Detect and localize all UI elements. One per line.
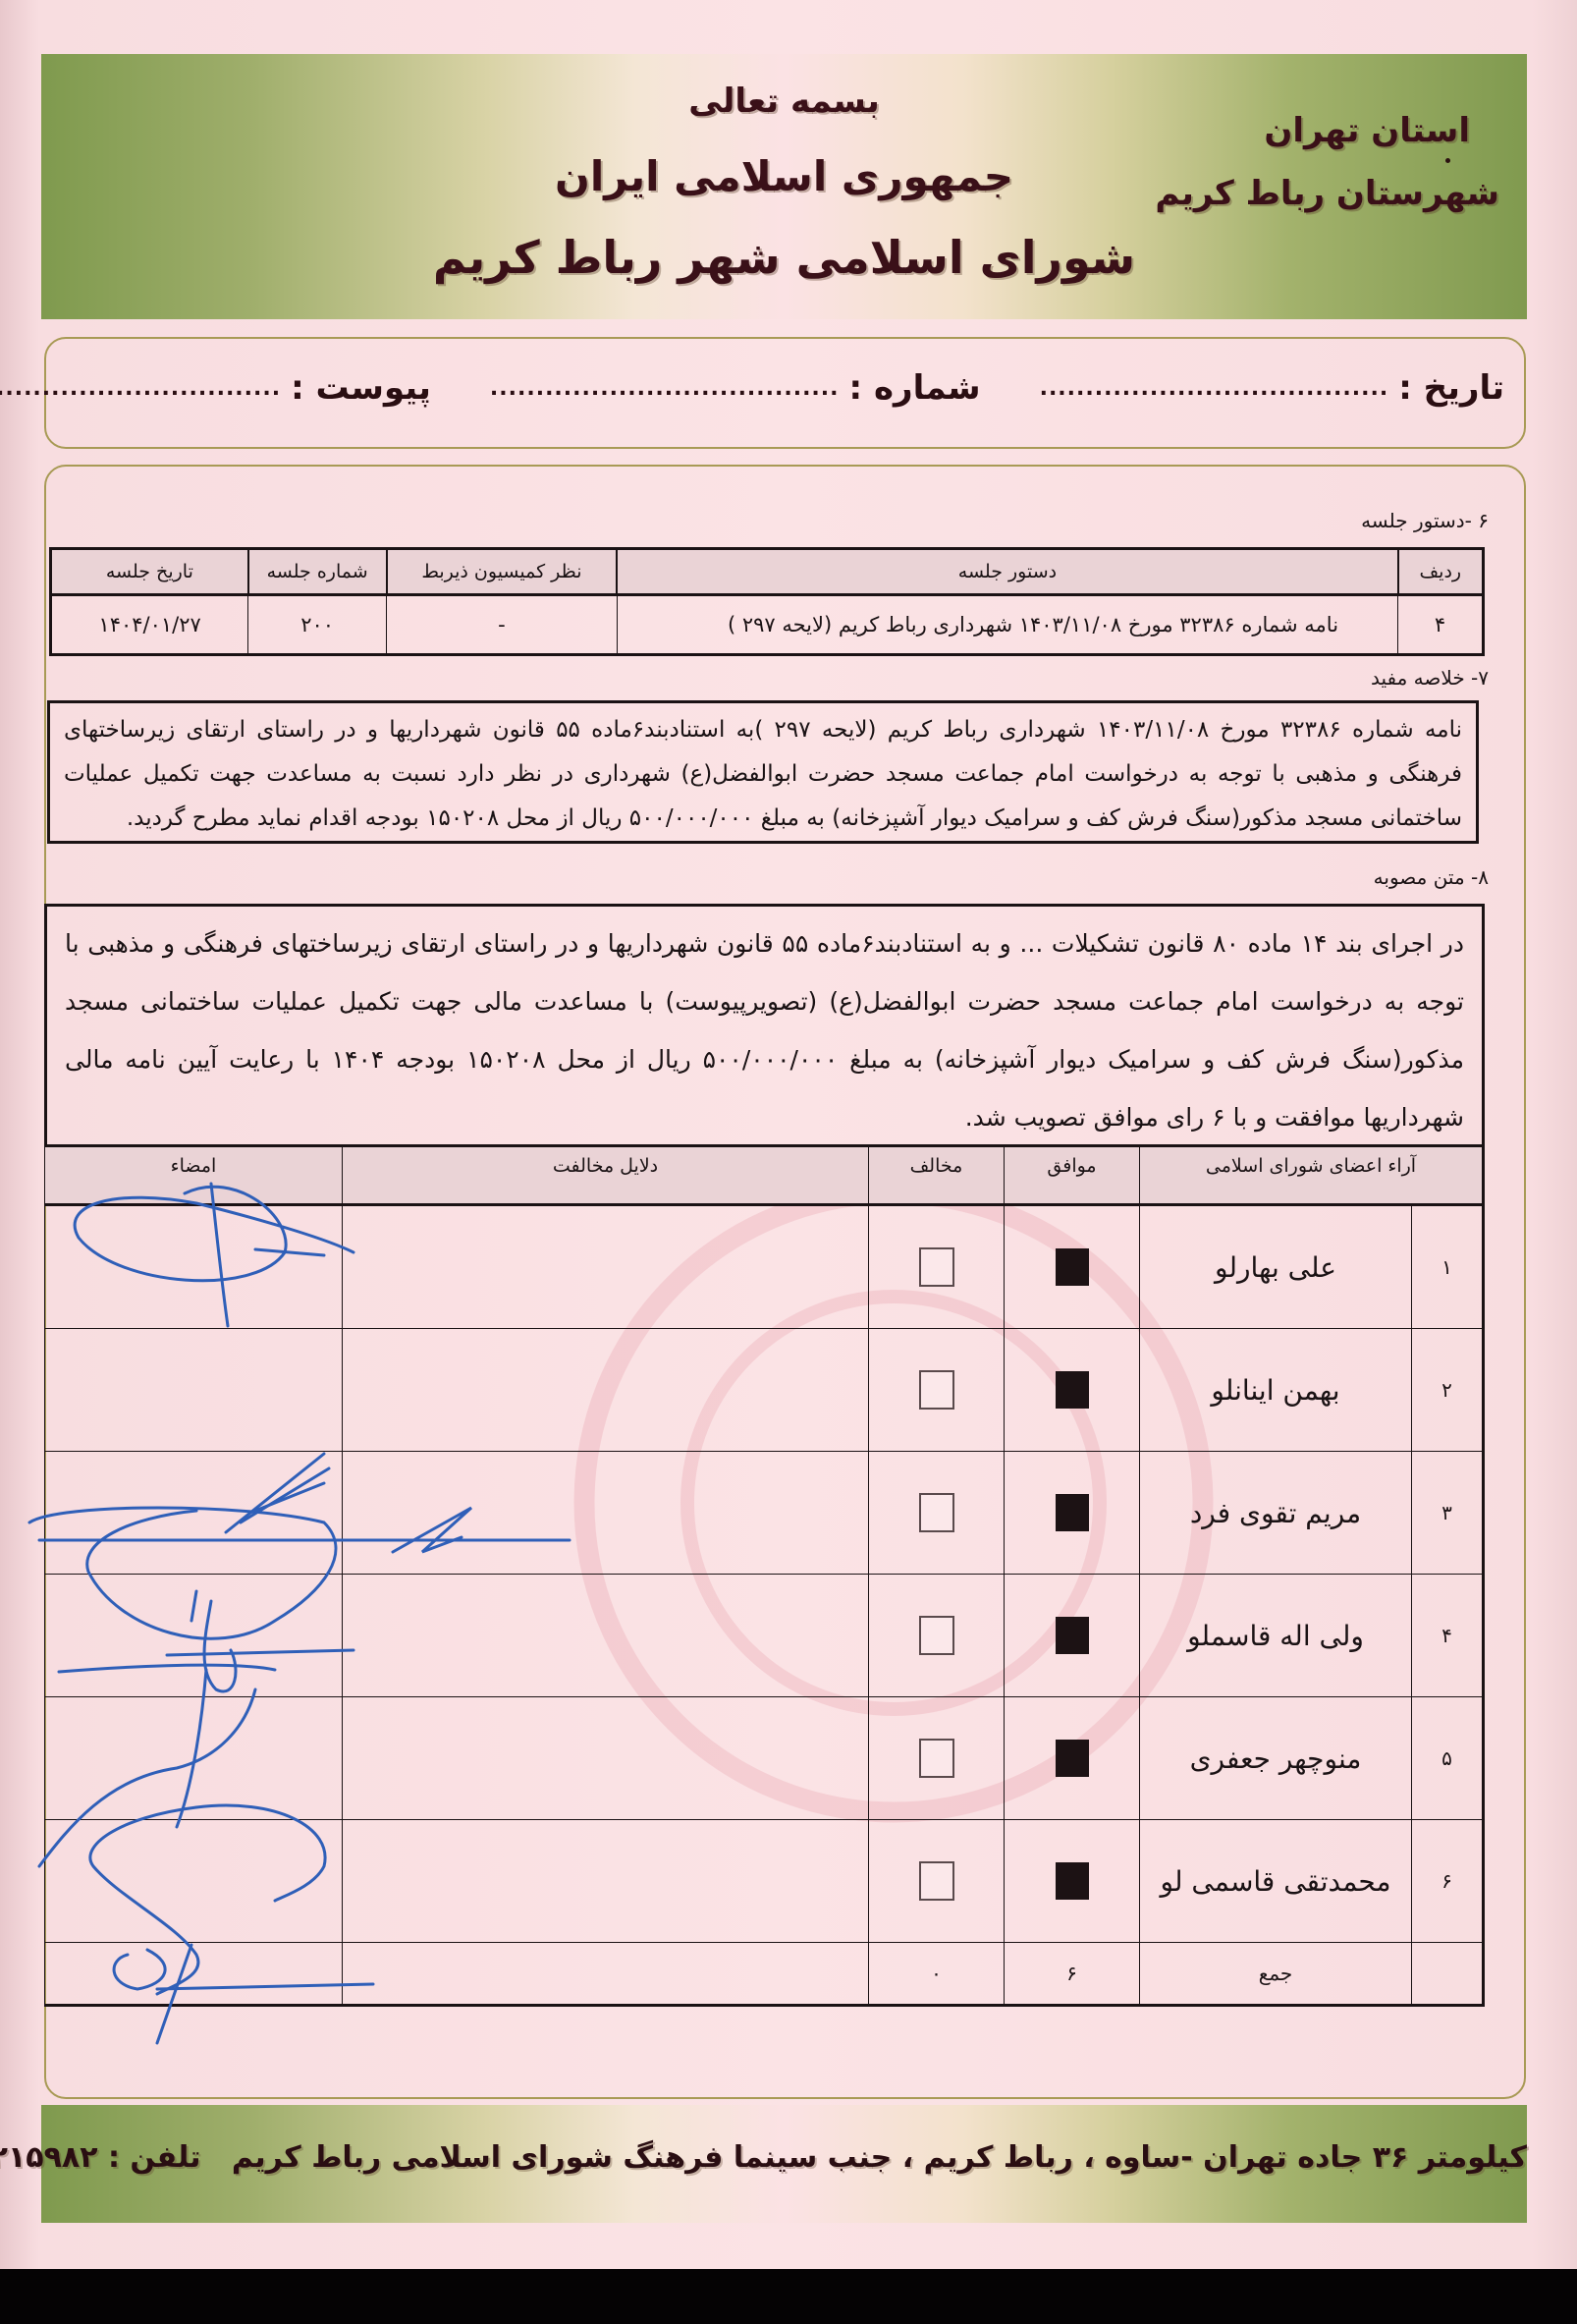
votes-table: آراء اعضای شورای اسلامی موافق مخالف دلای… xyxy=(44,1144,1485,2007)
member-number: ۳ xyxy=(1412,1452,1484,1575)
total-signature-cell xyxy=(45,1943,343,2006)
meta-number: شماره : ................................… xyxy=(480,368,981,408)
disagree-checkbox[interactable] xyxy=(919,1247,954,1287)
summary-text: نامه شماره ۳۲۳۸۶ مورخ ۱۴۰۳/۱۱/۰۸ شهرداری… xyxy=(47,700,1479,844)
agenda-header-row: ردیف دستور جلسه نظر کمیسیون ذیربط شماره … xyxy=(51,549,1484,595)
agenda-row: ۴ نامه شماره ۳۲۳۸۶ مورخ ۱۴۰۳/۱۱/۰۸ شهردا… xyxy=(51,595,1484,655)
agree-checkbox[interactable] xyxy=(1056,1371,1089,1409)
footer-phone: ۵۶۲۱۵۹۸۲ xyxy=(0,2140,98,2175)
total-label: جمع xyxy=(1140,1943,1412,2006)
member-name: ولی اله قاسملو xyxy=(1140,1575,1412,1697)
member-row: ۳ مریم تقوی فرد xyxy=(45,1452,1484,1575)
agree-cell xyxy=(1005,1575,1140,1697)
footer-contact: کیلومتر ۳۶ جاده تهران -ساوه ، رباط کریم … xyxy=(41,2140,1527,2175)
resolution-section-label: ۸- متن مصوبه xyxy=(1374,865,1489,889)
agenda-item: نامه شماره ۳۲۳۸۶ مورخ ۱۴۰۳/۱۱/۰۸ شهرداری… xyxy=(617,595,1397,655)
col-row: ردیف xyxy=(1398,549,1484,595)
header-province: استان تهران xyxy=(1264,111,1470,150)
disagree-checkbox[interactable] xyxy=(919,1616,954,1655)
member-number: ۲ xyxy=(1412,1329,1484,1452)
disagree-cell xyxy=(869,1329,1005,1452)
member-number: ۱ xyxy=(1412,1205,1484,1329)
agenda-table: ردیف دستور جلسه نظر کمیسیون ذیربط شماره … xyxy=(49,547,1485,656)
col-committee: نظر کمیسیون ذیربط xyxy=(387,549,618,595)
attachment-label: پیوست : xyxy=(291,368,431,408)
member-name: محمدتقی قاسمی لو xyxy=(1140,1820,1412,1943)
reasons-cell xyxy=(343,1697,869,1820)
signature-cell xyxy=(45,1329,343,1452)
date-label: تاریخ : xyxy=(1398,368,1504,408)
signature-cell xyxy=(45,1697,343,1820)
total-disagree: ۰ xyxy=(869,1943,1005,2006)
disagree-cell xyxy=(869,1452,1005,1575)
agree-cell xyxy=(1005,1452,1140,1575)
votes-header-row: آراء اعضای شورای اسلامی موافق مخالف دلای… xyxy=(45,1146,1484,1205)
meta-row: تاریخ : ................................… xyxy=(66,368,1504,408)
reasons-cell xyxy=(343,1452,869,1575)
date-field[interactable]: ...................................... xyxy=(1040,376,1389,401)
agree-checkbox[interactable] xyxy=(1056,1740,1089,1777)
agree-checkbox[interactable] xyxy=(1056,1248,1089,1286)
agenda-session-number: ۲۰۰ xyxy=(248,595,387,655)
meta-date: تاریخ : ................................… xyxy=(1030,368,1504,408)
signature-cell xyxy=(45,1452,343,1575)
number-label: شماره : xyxy=(849,368,981,408)
reasons-cell xyxy=(343,1205,869,1329)
member-row: ۲ بهمن اینانلو xyxy=(45,1329,1484,1452)
header-county: شهرستان رباط کریم xyxy=(1155,174,1499,213)
col-signature: امضاء xyxy=(45,1146,343,1205)
member-number: ۴ xyxy=(1412,1575,1484,1697)
agree-cell xyxy=(1005,1205,1140,1329)
col-agenda: دستور جلسه xyxy=(617,549,1397,595)
resolution-text: در اجرای بند ۱۴ ماده ۸۰ قانون تشکیلات ..… xyxy=(44,904,1485,1147)
disagree-checkbox[interactable] xyxy=(919,1493,954,1532)
signature-cell xyxy=(45,1205,343,1329)
footer-address: کیلومتر ۳۶ جاده تهران -ساوه ، رباط کریم … xyxy=(232,2140,1527,2175)
agree-checkbox[interactable] xyxy=(1056,1617,1089,1654)
agenda-committee: - xyxy=(387,595,618,655)
reasons-cell xyxy=(343,1575,869,1697)
agenda-session-date: ۱۴۰۴/۰۱/۲۷ xyxy=(51,595,248,655)
disagree-cell xyxy=(869,1205,1005,1329)
col-disagree: مخالف xyxy=(869,1146,1005,1205)
disagree-cell xyxy=(869,1697,1005,1820)
col-members: آراء اعضای شورای اسلامی xyxy=(1140,1146,1484,1205)
member-name: علی بهارلو xyxy=(1140,1205,1412,1329)
col-session-number: شماره جلسه xyxy=(248,549,387,595)
col-agree: موافق xyxy=(1005,1146,1140,1205)
number-field[interactable]: ...................................... xyxy=(490,376,840,401)
agree-cell xyxy=(1005,1329,1140,1452)
disagree-checkbox[interactable] xyxy=(919,1861,954,1901)
member-row: ۱ علی بهارلو xyxy=(45,1205,1484,1329)
disagree-cell xyxy=(869,1820,1005,1943)
reasons-cell xyxy=(343,1329,869,1452)
agree-cell xyxy=(1005,1820,1140,1943)
member-name: مریم تقوی فرد xyxy=(1140,1452,1412,1575)
attachment-field[interactable]: ...................................... xyxy=(0,376,281,401)
reasons-cell xyxy=(343,1820,869,1943)
signature-cell xyxy=(45,1820,343,1943)
footer-band: کیلومتر ۳۶ جاده تهران -ساوه ، رباط کریم … xyxy=(41,2105,1527,2223)
col-reasons: دلایل مخالفت xyxy=(343,1146,869,1205)
agree-checkbox[interactable] xyxy=(1056,1494,1089,1531)
member-row: ۵ منوچهر جعفری xyxy=(45,1697,1484,1820)
total-reasons-cell xyxy=(343,1943,869,2006)
member-row: ۶ محمدتقی قاسمی لو xyxy=(45,1820,1484,1943)
header-council: شورای اسلامی شهر رباط کریم xyxy=(41,231,1527,284)
agree-checkbox[interactable] xyxy=(1056,1862,1089,1900)
member-row: ۴ ولی اله قاسملو xyxy=(45,1575,1484,1697)
footer-phone-label: تلفن : xyxy=(108,2140,201,2175)
member-name: بهمن اینانلو xyxy=(1140,1329,1412,1452)
member-name: منوچهر جعفری xyxy=(1140,1697,1412,1820)
disagree-checkbox[interactable] xyxy=(919,1370,954,1410)
signature-cell xyxy=(45,1575,343,1697)
header-band: بسمه تعالی جمهوری اسلامی ایران شورای اسل… xyxy=(41,54,1527,319)
disagree-cell xyxy=(869,1575,1005,1697)
agenda-section-label: ۶ -دستور جلسه xyxy=(1361,509,1489,532)
total-empty-cell xyxy=(1412,1943,1484,2006)
meta-attachment: پیوست : ................................… xyxy=(0,368,431,408)
col-session-date: تاریخ جلسه xyxy=(51,549,248,595)
total-agree: ۶ xyxy=(1005,1943,1140,2006)
header-dot xyxy=(1445,158,1450,163)
document-page: بسمه تعالی جمهوری اسلامی ایران شورای اسل… xyxy=(0,0,1577,2269)
meta-box: تاریخ : ................................… xyxy=(44,337,1526,449)
total-row: جمع ۶ ۰ xyxy=(45,1943,1484,2006)
agree-cell xyxy=(1005,1697,1140,1820)
scan-bottom-edge xyxy=(0,2269,1577,2324)
disagree-checkbox[interactable] xyxy=(919,1739,954,1778)
member-number: ۵ xyxy=(1412,1697,1484,1820)
summary-section-label: ۷- خلاصه مفید xyxy=(1371,666,1489,690)
member-number: ۶ xyxy=(1412,1820,1484,1943)
agenda-row-number: ۴ xyxy=(1398,595,1484,655)
